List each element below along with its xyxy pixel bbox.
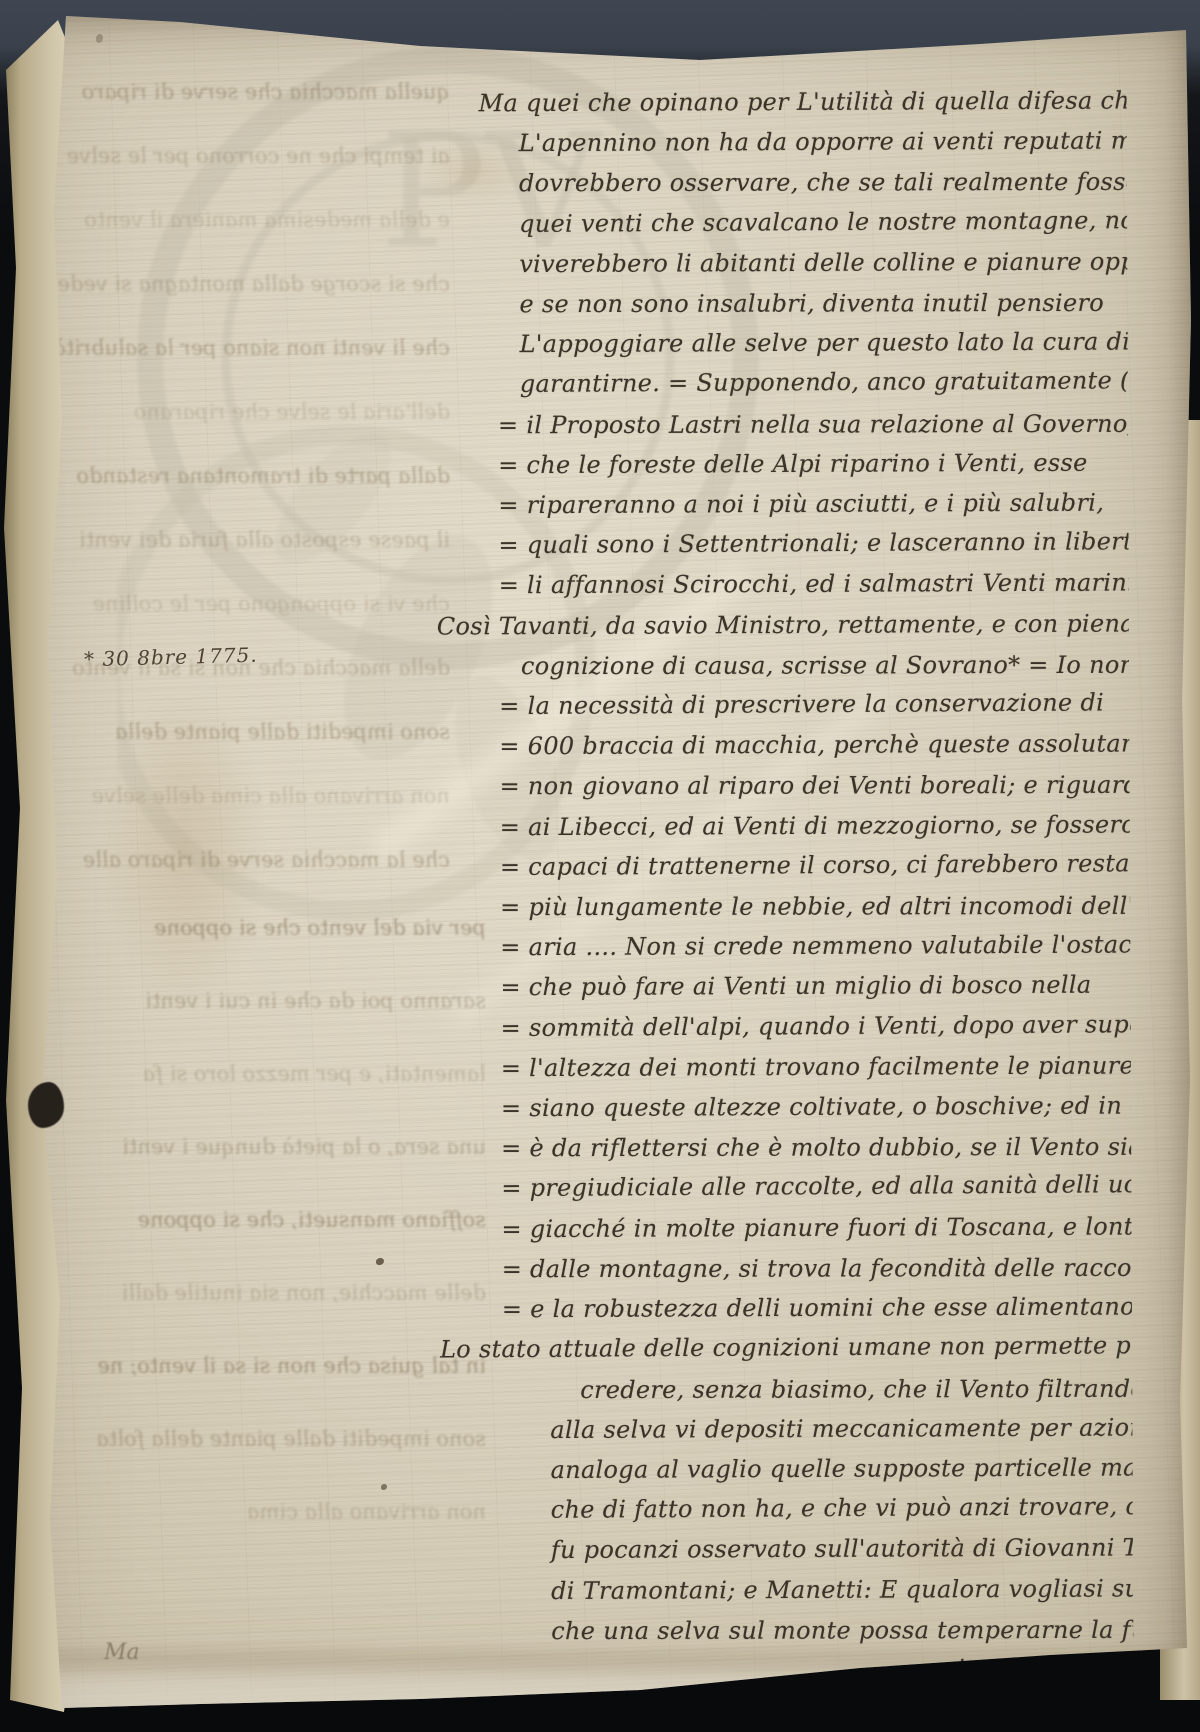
manuscript-line: che di fatto non ha, e che vi può anzi t… <box>433 1486 1133 1530</box>
bleedthrough-line: delle macchie, non sia inutile dalli <box>46 1257 486 1330</box>
manuscript-line: garantirne. = Supponendo, anco gratuitam… <box>428 361 1128 405</box>
manuscript-line: credere, senza biasimo, che il Vento fil… <box>432 1368 1132 1410</box>
manuscript-line: L'appoggiare alle selve per questo lato … <box>428 322 1128 365</box>
manuscript-line: = ai Libecci, ed ai Venti di mezzogiorno… <box>430 804 1130 847</box>
manuscript-line: Così Tavanti, da savio Ministro, rettame… <box>429 603 1129 646</box>
manuscript-line: = ripareranno a noi i più asciutti, e i … <box>428 483 1128 526</box>
bleedthrough-line: non arrivano alla cima <box>46 1476 486 1549</box>
manuscript-line: analoga al vaglio quelle supposte partic… <box>432 1447 1132 1490</box>
manuscript-line: = quali sono i Settentrionali; e lascera… <box>428 522 1128 566</box>
bleedthrough-line: per via del vento che si oppone <box>46 892 486 965</box>
margin-date-note: * 30 8bre 1775. <box>84 643 258 672</box>
verso-bleedthrough-upper: quella macchia che serve di riparo ai te… <box>46 60 450 892</box>
verso-bleedthrough-lower: per via del vento che si oppone saranno … <box>46 892 486 1549</box>
manuscript-line: e se non sono insalubri, diventa inutil … <box>427 283 1127 325</box>
manuscript-line: = 600 braccia di macchia, perchè queste … <box>429 724 1129 767</box>
manuscript-line: alla selva vi depositi meccanicamente pe… <box>432 1407 1132 1450</box>
manuscript-line: di Tramontani; e Manetti: E qualora vogl… <box>433 1568 1133 1611</box>
manuscript-line: = è da riflettersi che è molto dubbio, s… <box>431 1127 1131 1169</box>
manuscript-line: fu pocanzi osservato sull'autorità di Gi… <box>433 1528 1133 1571</box>
bleedthrough-line: sono impediti dalle piante della <box>46 700 450 764</box>
manuscript-line: = dalle montagne, si trova la fecondità … <box>432 1248 1132 1290</box>
manuscript-line: che una selva sul monte possa temperarne… <box>433 1610 1133 1652</box>
manuscript-line: = la necessità di prescrivere la conserv… <box>429 682 1129 726</box>
bleedthrough-line: il paese esposto alla furia dei venti <box>46 508 450 572</box>
bleedthrough-line: che la macchia serve di riparo alle <box>46 828 450 892</box>
manuscript-line: = pregiudiciale alle raccolte, ed alla s… <box>431 1165 1131 1209</box>
manuscript-text: Ma quei che opinano per L'utilità di que… <box>426 80 1133 1691</box>
bleedthrough-line: non arrivano alla cima delle selve <box>46 764 450 828</box>
bleedthrough-line: in tal guisa che non si sa il vento; ne <box>46 1330 486 1403</box>
manuscript-line: = capaci di trattenerne il corso, ci far… <box>430 843 1130 887</box>
manuscript-line: quei venti che scavalcano le nostre mont… <box>427 200 1127 244</box>
manuscript-line: Lo stato attuale delle cognizioni umane … <box>432 1326 1132 1370</box>
bleedthrough-line: che si scorge dalla montagna si vede <box>46 252 450 316</box>
manuscript-line: = non giovano al riparo dei Venti boreal… <box>430 765 1130 807</box>
manuscript-scan: PV quella macchia che serve di riparo ai… <box>0 0 1200 1732</box>
manuscript-line: cognizione di causa, scrisse al Sovrano*… <box>429 645 1129 687</box>
catchword: riguardo <box>433 1647 1133 1691</box>
bleedthrough-line: quella macchia che serve di riparo <box>46 60 450 124</box>
bleedthrough-line: e della medesima maniera il vento <box>46 188 450 252</box>
manuscript-line: L'apennino non ha da opporre ai venti re… <box>427 121 1127 164</box>
manuscript-line: = che le foreste delle Alpi riparino i V… <box>428 442 1128 485</box>
manuscript-line: Ma quei che opinano per L'utilità di que… <box>426 80 1126 123</box>
manuscript-line: = giacché in molte pianure fuori di Tosc… <box>431 1206 1131 1249</box>
manuscript-line: viverebbero li abitanti delle colline e … <box>427 241 1127 284</box>
manuscript-line: = che può fare ai Venti un miglio di bos… <box>430 965 1130 1008</box>
bleedthrough-line: soffiano mansueti, che si oppone <box>46 1184 486 1257</box>
bleedthrough-line: che vi si oppongono per le colline <box>46 572 450 636</box>
bleedthrough-line: che li venti non siano per la salubrità <box>46 316 450 380</box>
manuscript-page: PV quella macchia che serve di riparo ai… <box>0 0 1200 1732</box>
manuscript-line: = l'altezza dei monti trovano facilmente… <box>431 1045 1131 1088</box>
manuscript-line: = aria .... Non si crede nemmeno valutab… <box>430 925 1130 968</box>
manuscript-line: = siano queste altezze coltivate, o bosc… <box>431 1086 1131 1129</box>
manuscript-line: = e la robustezza delli uomini che esse … <box>432 1287 1132 1330</box>
bleedthrough-line: lamentati, e per mezzo loro si fa <box>46 1038 486 1111</box>
manuscript-line: = li affannosi Scirocchi, ed i salmastri… <box>429 563 1129 606</box>
bleedthrough-catchword: Ma <box>104 1640 140 1665</box>
manuscript-line: = sommità dell'alpi, quando i Venti, dop… <box>430 1004 1130 1048</box>
bleedthrough-line: dell'aria le selve che riparano <box>46 380 450 444</box>
bleedthrough-line: una sera, o la pietà dunque i venti <box>46 1111 486 1184</box>
manuscript-line: dovrebbero osservare, che se tali realme… <box>427 162 1127 204</box>
manuscript-line: = il Proposto Lastri nella sua relazione… <box>428 403 1128 445</box>
bleedthrough-line: dalla parte di tramontana restando <box>46 444 450 508</box>
manuscript-line: = più lungamente le nebbie, ed altri inc… <box>430 886 1130 928</box>
bleedthrough-line: sono impediti dalle piante della folta <box>46 1403 486 1476</box>
bleedthrough-line: ai tempi che ne corrono per le selve <box>46 124 450 188</box>
bleedthrough-line: saranno poi da che in cui i venti <box>46 965 486 1038</box>
